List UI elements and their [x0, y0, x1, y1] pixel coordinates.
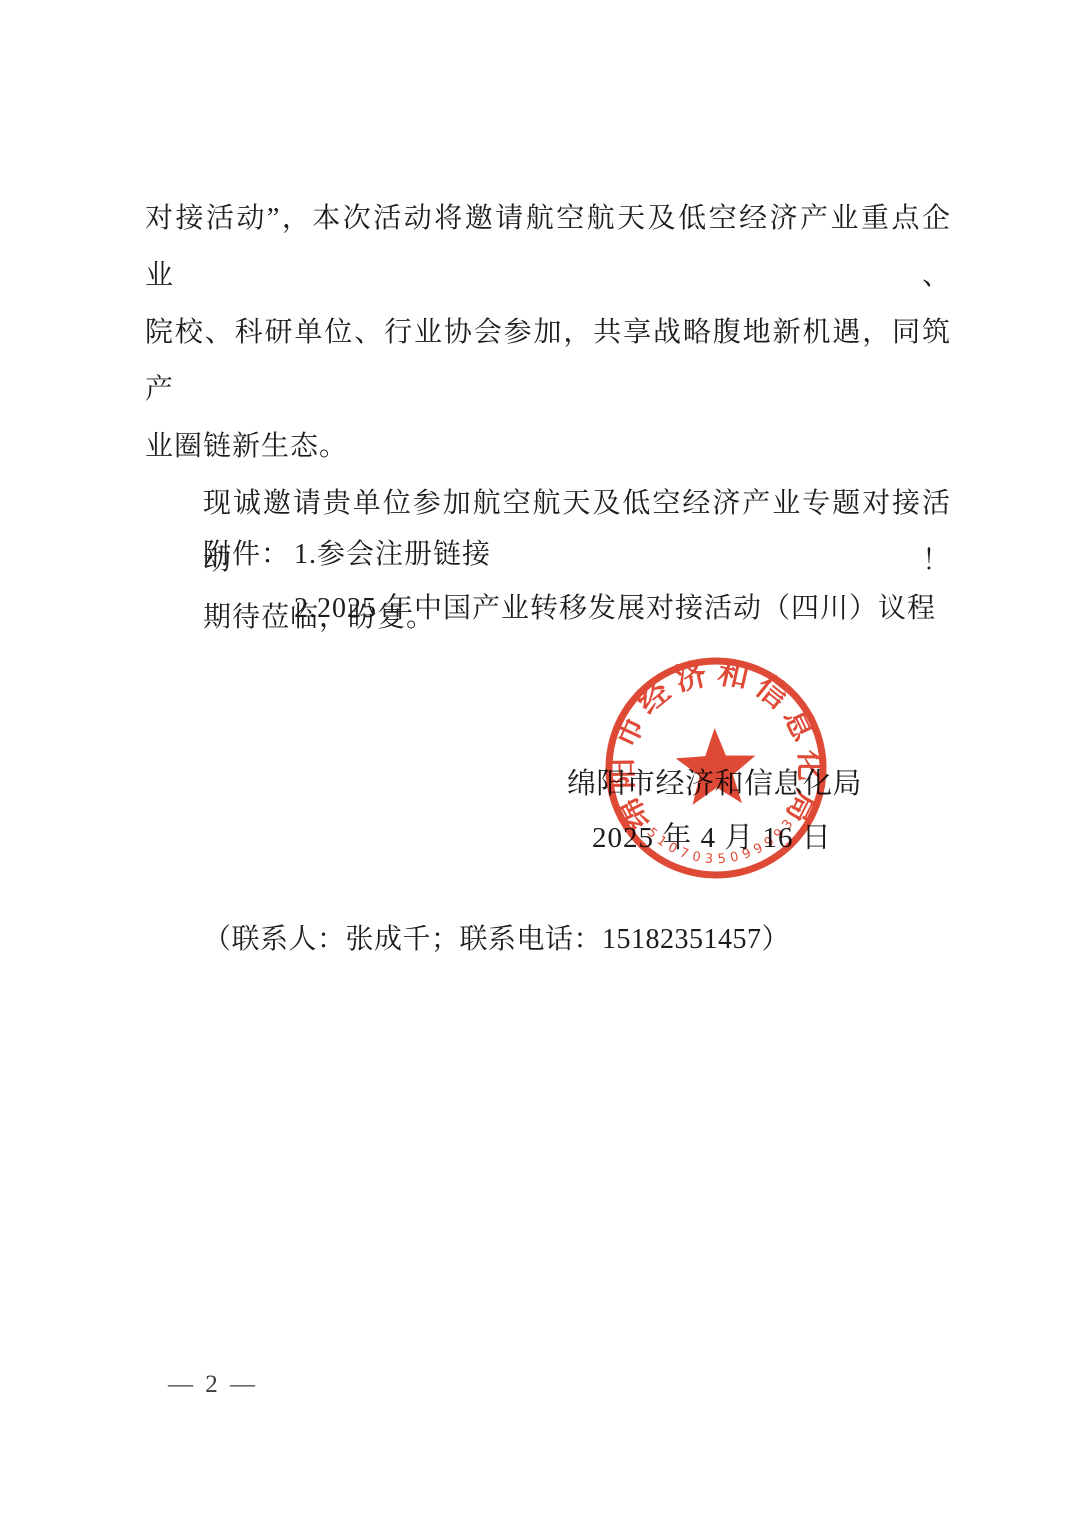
attachments-label: 附件： [203, 528, 290, 582]
attachments-list: 1.参会注册链接 2.2025 年中国产业转移发展对接活动（四川）议程 [294, 528, 936, 636]
page-number: — 2 — [168, 1371, 258, 1399]
body-text-line: 业圈链新生态。 [145, 418, 951, 475]
body-text-line: 对接活动”，本次活动将邀请航空航天及低空经济产业重点企业、 [145, 190, 951, 304]
attachments-block: 附件： 1.参会注册链接 2.2025 年中国产业转移发展对接活动（四川）议程 [203, 528, 936, 636]
document-page: 对接活动”，本次活动将邀请航空航天及低空经济产业重点企业、 院校、科研单位、行业… [0, 0, 1080, 1527]
attachment-item: 2.2025 年中国产业转移发展对接活动（四川）议程 [294, 582, 936, 636]
seal-arc-text: 绵阳市经济和信息化局 [600, 651, 831, 843]
attachment-item: 1.参会注册链接 [294, 528, 936, 582]
issue-date: 2025 年 4 月 16 日 [592, 815, 832, 856]
contact-line: （联系人：张成千；联系电话：15182351457） [203, 917, 790, 957]
body-text-line: 院校、科研单位、行业协会参加，共享战略腹地新机遇，同筑产 [145, 304, 951, 418]
issuing-organization-name: 绵阳市经济和信息化局 [567, 761, 862, 802]
